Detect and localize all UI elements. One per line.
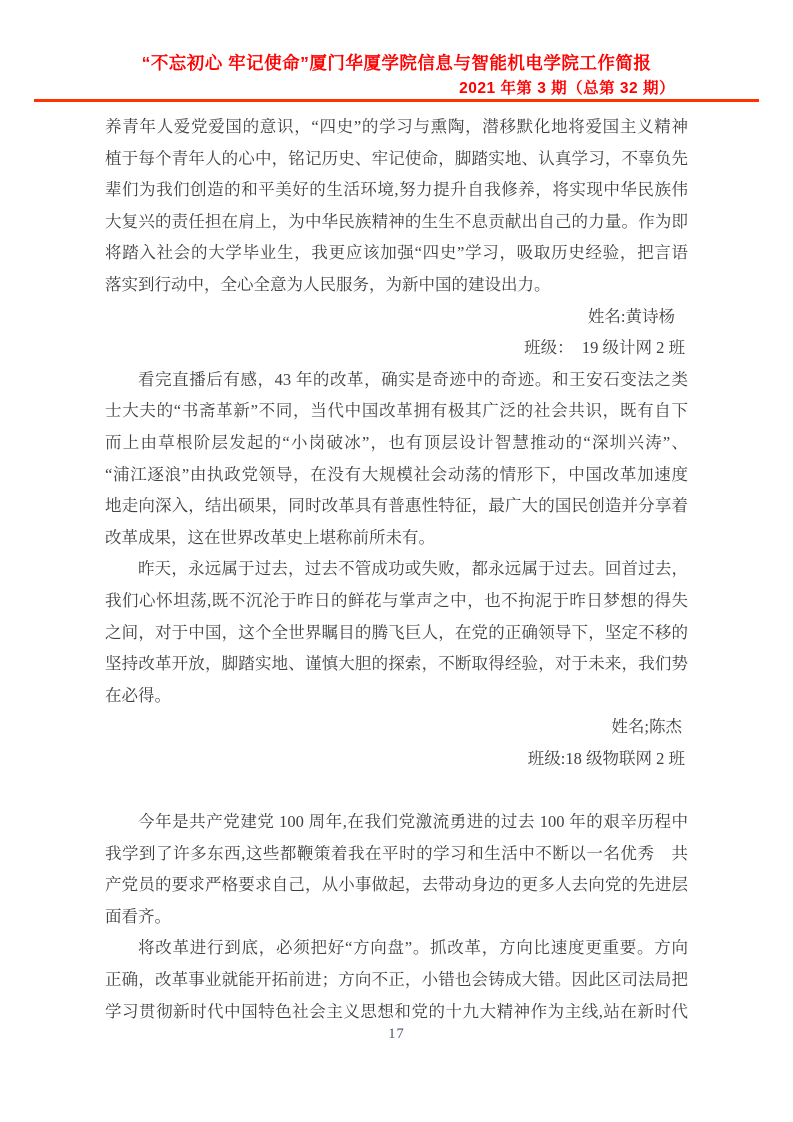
- signature-line: 班级： 19 级计网 2 班: [105, 332, 688, 364]
- text-line: 昨天，永远属于过去，过去不管成功或失败，都永远属于过去。回首过去，: [105, 553, 688, 585]
- text-line: 辈们为我们创造的和平美好的生活环境,努力提升自我修养，将实现中华民族伟: [105, 174, 688, 206]
- signature-line: 班级:18 级物联网 2 班: [105, 743, 688, 775]
- blank-line: [105, 774, 688, 806]
- text-line: 之间，对于中国，这个全世界瞩目的腾飞巨人，在党的正确领导下，坚定不移的: [105, 617, 688, 649]
- text-line: 将踏入社会的大学毕业生，我更应该加强“四史”学习，吸取历史经验，把言语: [105, 237, 688, 269]
- text-line: 我们心怀坦荡,既不沉沦于昨日的鲜花与掌声之中，也不拘泥于昨日梦想的得失: [105, 585, 688, 617]
- text-line: 将改革进行到底，必须把好“方向盘”。抓改革，方向比速度更重要。方向: [105, 932, 688, 964]
- text-line: 养青年人爱党爱国的意识，“四史”的学习与熏陶，潜移默化地将爱国主义精神: [105, 111, 688, 143]
- text-line: 今年是共产党建党 100 周年,在我们党激流勇进的过去 100 年的艰辛历程中: [105, 806, 688, 838]
- text-line: 坚持改革开放，脚踏实地、谨慎大胆的探索，不断取得经验，对于未来，我们势: [105, 648, 688, 680]
- text-line: “浦江逐浪”由执政党领导，在没有大规模社会动荡的情形下，中国改革加速度: [105, 459, 688, 491]
- text-line: 落实到行动中，全心全意为人民服务，为新中国的建设出力。: [105, 269, 688, 301]
- text-line: 看完直播后有感，43 年的改革，确实是奇迹中的奇迹。和王安石变法之类: [105, 364, 688, 396]
- text-line: 士大夫的“书斋革新”不同，当代中国改革拥有极其广泛的社会共识，既有自下: [105, 395, 688, 427]
- header-rule: [34, 99, 759, 102]
- text-line: 正确，改革事业就能开拓前进；方向不正，小错也会铸成大错。因此区司法局把: [105, 964, 688, 996]
- document-page: “不忘初心 牢记使命”厦门华厦学院信息与智能机电学院工作简报 2021 年第 3…: [0, 0, 793, 1122]
- issue-number: 2021 年第 3 期（总第 32 期）: [0, 76, 675, 98]
- text-line: 面看齐。: [105, 901, 688, 933]
- text-line: 产党员的要求严格要求自己，从小事做起，去带动身边的更多人去向党的先进层: [105, 869, 688, 901]
- text-line: 学习贯彻新时代中国特色社会主义思想和党的十九大精神作为主线,站在新时代: [105, 996, 688, 1028]
- text-line: 大复兴的责任担在肩上，为中华民族精神的生生不息贡献出自己的力量。作为即: [105, 206, 688, 238]
- text-line: 植于每个青年人的心中，铭记历史、牢记使命，脚踏实地、认真学习，不辜负先: [105, 143, 688, 175]
- bulletin-title: “不忘初心 牢记使命”厦门华厦学院信息与智能机电学院工作简报: [0, 50, 793, 75]
- text-line: 在必得。: [105, 680, 688, 712]
- signature-line: 姓名:黄诗杨: [105, 301, 688, 333]
- document-body: 养青年人爱党爱国的意识，“四史”的学习与熏陶，潜移默化地将爱国主义精神植于每个青…: [105, 111, 688, 1027]
- text-line: 我学到了许多东西,这些都鞭策着我在平时的学习和生活中不断以一名优秀 共: [105, 838, 688, 870]
- page-number: 17: [0, 1026, 793, 1043]
- text-line: 改革成果，这在世界改革史上堪称前所未有。: [105, 522, 688, 554]
- text-line: 而上由草根阶层发起的“小岗破冰”，也有顶层设计智慧推动的“深圳兴涛”、: [105, 427, 688, 459]
- text-line: 地走向深入，结出硕果，同时改革具有普惠性特征，最广大的国民创造并分享着: [105, 490, 688, 522]
- signature-line: 姓名;陈杰: [105, 711, 688, 743]
